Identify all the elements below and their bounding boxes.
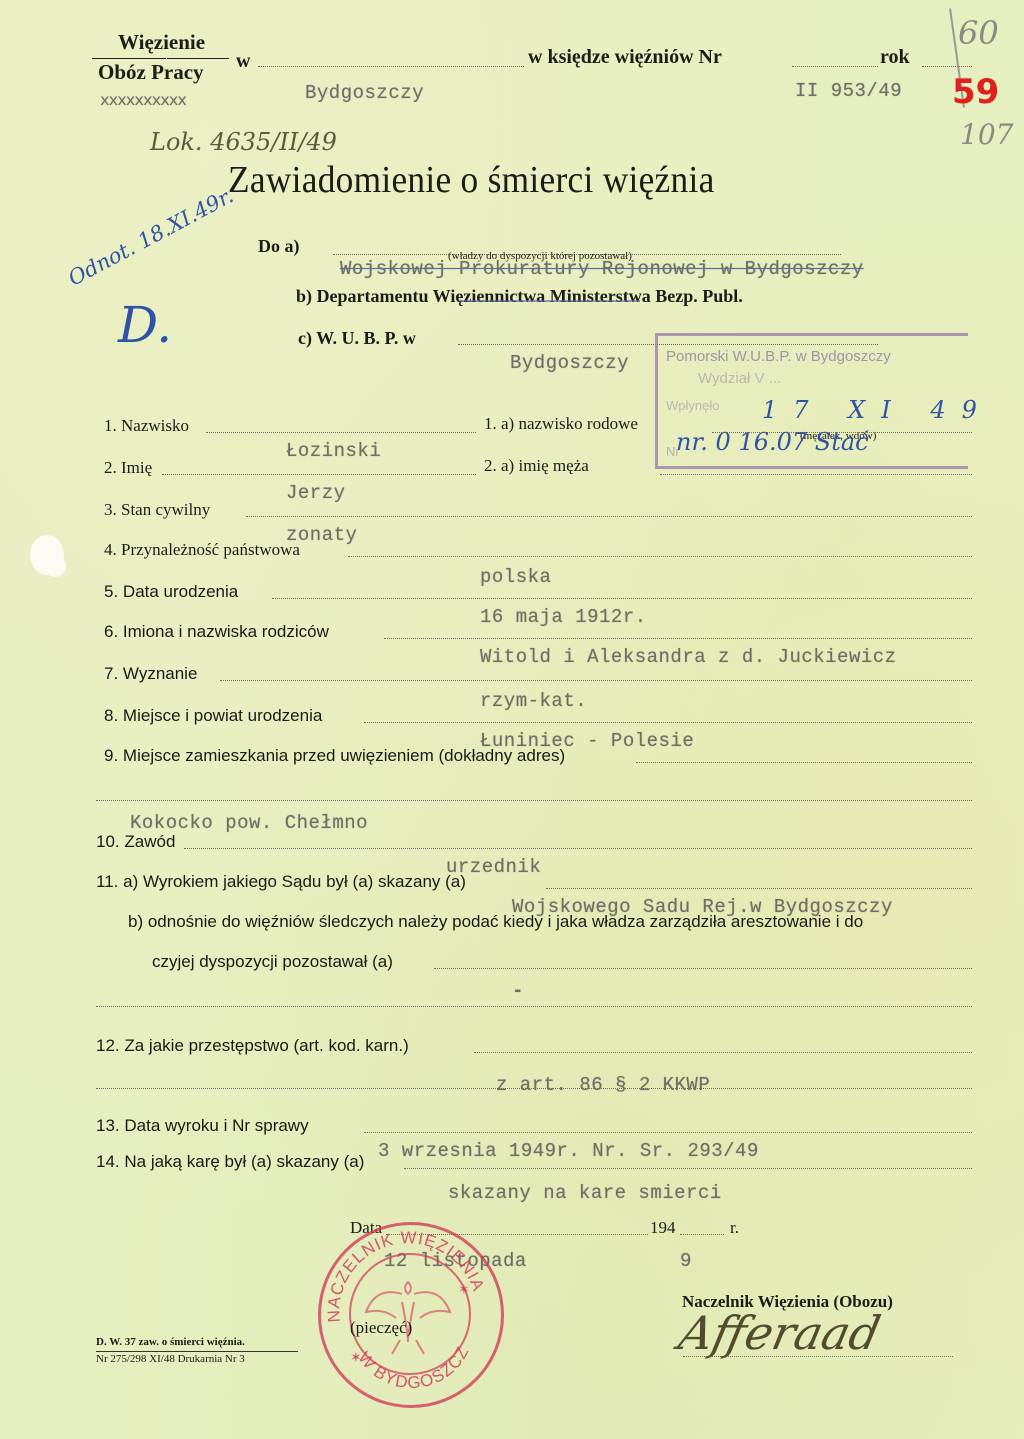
field-label: imię męża — [518, 456, 588, 475]
field-number: 7. — [104, 664, 118, 683]
field-number: 2. a) — [484, 456, 514, 475]
dotted-line — [364, 1132, 972, 1133]
field-5-label: 5. Data urodzenia — [104, 582, 238, 602]
field-14-label: 14. Na jaką karę był (a) skazany (a) — [96, 1152, 364, 1172]
field-label: Za jakie przestępstwo (art. kod. karn.) — [124, 1036, 408, 1055]
dotted-line — [922, 66, 972, 67]
dotted-line — [636, 762, 972, 763]
fraction-line — [92, 58, 166, 59]
field-label: a) Wyrokiem jakiego Sądu był (a) skazany… — [123, 872, 466, 891]
svg-text:NACZELNIK WIĘZIENIA: NACZELNIK WIĘZIENIA — [324, 1228, 488, 1323]
seal-text-top: NACZELNIK WIĘZIENIA — [324, 1228, 488, 1323]
field-13-label: 13. Data wyroku i Nr sprawy — [96, 1116, 309, 1136]
crossed-out: xxxxxxxxxx — [100, 92, 186, 110]
field-number: 8. — [104, 706, 118, 725]
field-label: Wyznanie — [123, 664, 198, 683]
margin-initial-blue: D. — [118, 296, 172, 354]
dotted-line — [246, 516, 972, 517]
field-label: Przynależność państwowa — [121, 540, 300, 559]
dotted-line — [364, 722, 972, 723]
field-1a-label: 1. a) nazwisko rodowe — [484, 414, 638, 434]
dotted-line — [404, 1168, 972, 1169]
field-label: nazwisko rodowe — [518, 414, 637, 433]
addressee-b-label: b) Departamentu Więziennictwa Ministerst… — [296, 286, 743, 307]
dotted-line — [96, 800, 972, 801]
field-7-value: rzym-kat. — [480, 690, 587, 712]
field-label: Zawód — [124, 832, 175, 851]
field-11b-value: - — [512, 980, 524, 1002]
field-number: 9. — [104, 746, 118, 765]
w-label: w — [236, 50, 250, 73]
field-number: 2. — [104, 458, 117, 477]
field-number: 13. — [96, 1116, 120, 1135]
page-number-bottom: 107 — [960, 118, 1013, 151]
field-number: 10. — [96, 832, 120, 851]
book-number-typed: II 953/49 — [795, 80, 902, 102]
addressee-c-value: Bydgoszczy — [510, 352, 629, 374]
field-label: Imiona i nazwiska rodziców — [123, 622, 329, 641]
field-label: Nazwisko — [121, 416, 189, 435]
dotted-line — [680, 1234, 724, 1235]
dotted-line — [96, 1006, 972, 1007]
dotted-line — [434, 968, 972, 969]
fraction-line — [167, 58, 229, 59]
field-10-label: 10. Zawód — [96, 832, 175, 852]
dotted-line — [384, 638, 972, 639]
field-label: Stan cywilny — [121, 500, 210, 519]
field-label: Imię — [121, 458, 152, 477]
field-7-label: 7. Wyznanie — [104, 664, 197, 684]
field-11a-label: 11. a) Wyrokiem jakiego Sądu był (a) ska… — [96, 872, 466, 892]
field-6-label: 6. Imiona i nazwiska rodziców — [104, 622, 329, 642]
field-9-value: Kokocko pow. Chełmno — [130, 812, 368, 834]
field-2a-label: 2. a) imię męża — [484, 456, 589, 476]
field-8-label: 8. Miejsce i powiat urodzenia — [104, 706, 322, 726]
field-number: 5. — [104, 582, 118, 601]
print-info: Nr 275/298 XI/48 Drukarnia Nr 3 — [96, 1353, 245, 1365]
dotted-line — [660, 474, 972, 475]
margin-note-blue: Odnot. 18.XI.49r. — [64, 183, 237, 290]
date-year-prefix: 194 — [650, 1218, 676, 1238]
field-2-label: 2. Imię — [104, 458, 152, 478]
field-label: Data wyroku i Nr sprawy — [124, 1116, 308, 1135]
field-label: Miejsce i powiat urodzenia — [123, 706, 322, 725]
stamp-line-2: Wydział V ... — [698, 370, 781, 387]
field-2-value: Jerzy — [286, 482, 346, 504]
field-label: Data urodzenia — [123, 582, 238, 601]
seal-star-icon: ✶ — [350, 1351, 362, 1366]
field-6-value: Witold i Aleksandra z d. Juckiewicz — [480, 646, 897, 668]
field-14-value: skazany na kare smierci — [448, 1182, 722, 1204]
field-11b-label-cont: czyjej dyspozycji pozostawał (a) — [152, 952, 393, 972]
signature: Afferaad — [674, 1306, 885, 1360]
addressee-b-strike — [460, 300, 640, 302]
city-typed: Bydgoszczy — [305, 82, 424, 104]
book-label: w księdze więźniów Nr — [528, 46, 722, 69]
field-1-value: Łozinski — [286, 440, 381, 462]
field-number: 3. — [104, 500, 117, 519]
dotted-line — [712, 432, 972, 433]
stamp-date-handwritten: 17 XI 49 — [762, 396, 993, 424]
field-4-label: 4. Przynależność państwowa — [104, 540, 300, 560]
institution-bottom: Obóz Pracy — [98, 60, 204, 85]
dotted-line — [206, 432, 476, 433]
field-5-value: 16 maja 1912r. — [480, 606, 647, 628]
field-9-label: 9. Miejsce zamieszkania przed uwięzienie… — [104, 746, 565, 766]
year-label: rok — [880, 46, 910, 69]
dotted-line — [162, 474, 476, 475]
dotted-line — [96, 1088, 972, 1089]
page-number-top: 60 — [958, 14, 999, 52]
document-title: Zawiadomienie o śmierci więźnia — [228, 158, 715, 202]
form-code: D. W. 37 zaw. o śmierci więźnia. — [96, 1336, 245, 1348]
field-number: 1. — [104, 416, 117, 435]
field-11b-label: b) odnośnie do więźniów śledczych należy… — [128, 912, 863, 932]
field-1-label: 1. Nazwisko — [104, 416, 189, 436]
addressee-a-label: Do a) — [258, 236, 300, 257]
field-number: 14. — [96, 1152, 120, 1171]
field-number: 11. — [96, 872, 118, 891]
field-4-value: polska — [480, 566, 551, 588]
field-number: 1. a) — [484, 414, 514, 433]
seal-star-icon: ✶ — [458, 1283, 470, 1298]
form-code-rule — [96, 1351, 298, 1352]
dotted-line — [220, 680, 972, 681]
seal-text-ring: NACZELNIK WIĘZIENIA W BYDGOSZCZY ✶ ✶ — [318, 1222, 498, 1402]
field-12-label: 12. Za jakie przestępstwo (art. kod. kar… — [96, 1036, 409, 1056]
date-year-suffix: r. — [730, 1218, 739, 1238]
field-label: Miejsce zamieszkania przed uwięzieniem (… — [123, 746, 565, 765]
institution-top: Więzienie — [118, 30, 205, 55]
dotted-line — [474, 1052, 972, 1053]
dotted-line — [272, 598, 972, 599]
dotted-line — [546, 888, 972, 889]
field-number: 12. — [96, 1036, 120, 1055]
handwritten-reference: Lok. 4635/II/49 — [150, 128, 337, 156]
punch-hole — [44, 555, 66, 577]
field-number: 6. — [104, 622, 118, 641]
addressee-a-value: Wojskowej Prokuratury Rejonowej w Bydgos… — [340, 258, 864, 280]
seal-label: (pieczęć) — [350, 1318, 412, 1338]
stamp-received-label: Wpłynęło — [666, 398, 719, 413]
field-3-label: 3. Stan cywilny — [104, 500, 210, 520]
prison-seal: NACZELNIK WIĘZIENIA W BYDGOSZCZY ✶ ✶ — [318, 1222, 504, 1408]
field-13-value: 3 wrzesnia 1949r. Nr. Sr. 293/49 — [378, 1140, 759, 1162]
dotted-line — [184, 848, 972, 849]
addressee-c-label: c) W. U. B. P. w — [298, 328, 416, 349]
dotted-line — [792, 66, 878, 67]
stamp-line-1: Pomorski W.U.B.P. w Bydgoszczy — [666, 348, 891, 365]
dotted-line — [348, 556, 972, 557]
field-label: Na jaką karę był (a) skazany (a) — [124, 1152, 364, 1171]
dotted-line — [258, 66, 524, 67]
field-number: 4. — [104, 540, 117, 559]
page-number-red: 59 — [952, 72, 999, 112]
field-12-value: z art. 86 § 2 KKWP — [496, 1074, 710, 1096]
date-year-digit: 9 — [680, 1250, 692, 1272]
